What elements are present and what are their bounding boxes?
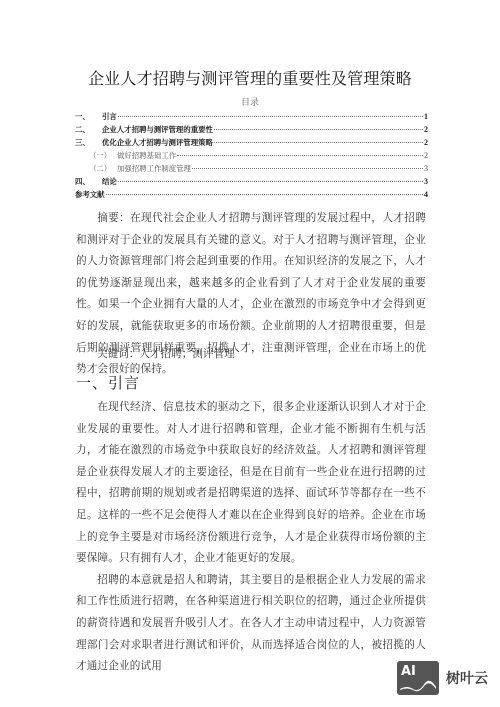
toc-number: 三、: [75, 136, 102, 149]
toc-number: （一）: [89, 149, 117, 162]
body-paragraph: 招聘的本意就是招人和聘请，其主要目的是根据企业人力发展的需求和工作性质进行招聘，…: [76, 570, 426, 678]
body-paragraph: 在现代经济、信息技术的驱动之下，很多企业逐渐认识到人才对于企业发展的重要性。对人…: [76, 397, 426, 570]
section-heading-introduction: 一、引言: [76, 372, 140, 393]
toc-label: 引言: [102, 110, 117, 123]
toc-label: 做好招聘基础工作: [117, 149, 176, 162]
table-of-contents: 一、 引言 1 二、 企业人才招聘与测评管理的重要性 2 三、 优化企业人才招聘…: [75, 110, 428, 201]
mountain-wave-icon: [397, 675, 439, 695]
toc-entry-strategies[interactable]: 三、 优化企业人才招聘与测评管理策略 2: [75, 136, 428, 149]
toc-number: （二）: [89, 162, 117, 175]
keywords: 关键词：人才招聘；测评管理: [97, 346, 235, 361]
toc-number: 二、: [75, 123, 102, 136]
toc-heading: 目录: [0, 95, 500, 108]
watermark: AI 树叶云: [397, 661, 488, 695]
toc-entry-references[interactable]: 参考文献 4: [75, 188, 428, 201]
toc-entry-system-management[interactable]: （二） 加强招聘工作制度管理 3: [75, 162, 428, 175]
toc-leader-dots: [192, 168, 423, 169]
document-title: 企业人才招聘与测评管理的重要性及管理策略: [0, 66, 500, 89]
toc-page-number: 4: [424, 188, 428, 201]
toc-page-number: 3: [424, 162, 428, 175]
toc-leader-dots: [177, 155, 423, 156]
toc-page-number: 2: [424, 149, 428, 162]
toc-page-number: 1: [424, 110, 428, 123]
toc-entry-conclusion[interactable]: 四、 结论 3: [75, 175, 428, 188]
toc-leader-dots: [106, 194, 423, 195]
introduction-body: 在现代经济、信息技术的驱动之下，很多企业逐渐认识到人才对于企业发展的重要性。对人…: [76, 397, 426, 678]
brand-name: 树叶云: [446, 668, 488, 688]
toc-number: 一、: [75, 110, 102, 123]
toc-leader-dots: [118, 181, 423, 182]
toc-label: 结论: [102, 175, 117, 188]
toc-label: 加强招聘工作制度管理: [117, 162, 191, 175]
toc-leader-dots: [118, 116, 423, 117]
toc-leader-dots: [214, 142, 423, 143]
toc-entry-introduction[interactable]: 一、 引言 1: [75, 110, 428, 123]
toc-entry-importance[interactable]: 二、 企业人才招聘与测评管理的重要性 2: [75, 123, 428, 136]
toc-entry-recruitment-basics[interactable]: （一） 做好招聘基础工作 2: [75, 149, 428, 162]
ai-image-logo-icon: AI: [397, 661, 439, 695]
toc-page-number: 2: [424, 123, 428, 136]
toc-label: 参考文献: [75, 188, 105, 201]
toc-label: 优化企业人才招聘与测评管理策略: [102, 136, 213, 149]
toc-page-number: 2: [424, 136, 428, 149]
toc-label: 企业人才招聘与测评管理的重要性: [102, 123, 213, 136]
toc-page-number: 3: [424, 175, 428, 188]
toc-number: 四、: [75, 175, 102, 188]
toc-leader-dots: [214, 129, 423, 130]
